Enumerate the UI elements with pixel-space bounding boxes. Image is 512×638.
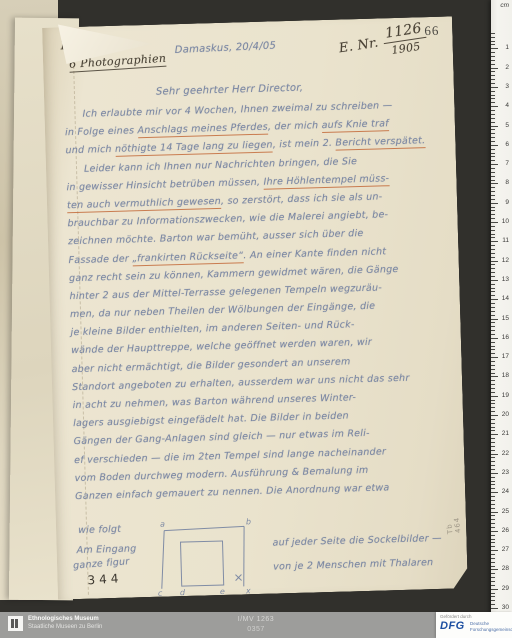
ruler-tick (491, 365, 495, 366)
ruler-number: 20 (502, 412, 509, 419)
ruler-tick (491, 380, 495, 381)
ruler-tick (491, 608, 498, 609)
ruler-tick (491, 164, 498, 165)
sketch-left-label-2: ganze figur (73, 556, 130, 571)
dfg-name: Deutsche Forschungsgemeinschaft (470, 621, 512, 633)
ruler-tick (491, 434, 498, 435)
ruler-tick (491, 87, 498, 88)
ruler-tick (491, 261, 498, 262)
ruler-tick (491, 183, 498, 184)
ruler-number: 7 (505, 161, 509, 168)
ruler-tick (491, 241, 498, 242)
ruler-tick (491, 427, 495, 428)
ruler-number: 1 (505, 45, 509, 52)
ruler-tick (491, 457, 495, 458)
ruler-tick (491, 226, 495, 227)
ruler-tick (491, 531, 498, 532)
ruler-tick (491, 41, 495, 42)
museum-logo-icon (8, 616, 23, 631)
ruler-tick (491, 550, 498, 551)
ruler-number: 17 (502, 354, 509, 361)
ruler-tick (491, 160, 495, 161)
ruler-tick (491, 214, 495, 215)
ruler-tick (491, 207, 495, 208)
ruler-tick (491, 102, 495, 103)
ruler-number: 27 (502, 547, 509, 554)
ruler-tick (491, 319, 498, 320)
ruler-tick (491, 357, 498, 358)
ruler-tick (491, 535, 495, 536)
gateway-sketch: a b c d e x (152, 516, 272, 597)
ruler-tick (491, 508, 495, 509)
sketch-letter-b: b (246, 517, 251, 526)
ruler-tick (491, 392, 495, 393)
entry-number: E. Nr.11261905 (337, 20, 429, 65)
ruler-tick (491, 149, 495, 150)
ruler-tick (491, 156, 495, 157)
dateline: Damaskus, 20/4/05 (175, 40, 277, 56)
ruler-tick (491, 388, 495, 389)
ruler-tick (491, 589, 498, 590)
ruler-tick (491, 353, 495, 354)
ruler-tick (491, 264, 495, 265)
ruler-number: 28 (502, 566, 509, 573)
ruler-number: 16 (502, 335, 509, 342)
closing-line: wie folgt (78, 524, 121, 536)
ruler-number: 24 (502, 489, 509, 496)
page-number: 66 (424, 23, 439, 39)
ruler-tick (491, 257, 495, 258)
ruler-tick (491, 71, 495, 72)
ruler-tick (491, 284, 495, 285)
sketch-right-label-2: von je 2 Menschen mit Thalaren (273, 557, 433, 572)
ruler-tick (491, 222, 498, 223)
ruler-tick (491, 361, 495, 362)
ruler-number: 15 (502, 316, 509, 323)
ruler-tick (491, 83, 495, 84)
ruler-tick (491, 346, 495, 347)
ruler-tick (491, 249, 495, 250)
ruler-tick (491, 60, 495, 61)
ruler-tick (491, 187, 495, 188)
footer-bar: Ethnologisches Museum Staatliche Museen … (0, 612, 512, 638)
ruler-tick (491, 291, 495, 292)
entry-number-label: E. Nr. (338, 36, 380, 57)
ruler-tick (491, 210, 495, 211)
ruler-tick (491, 68, 498, 69)
ruler-tick (491, 295, 495, 296)
ruler-tick (491, 230, 495, 231)
ruler-tick (491, 581, 495, 582)
ruler-tick (491, 604, 495, 605)
ruler-tick (491, 276, 495, 277)
shelfmark: I/MV 1263 0357 (156, 615, 356, 635)
ruler-tick (491, 593, 495, 594)
ruler-number: 19 (502, 393, 509, 400)
ruler-tick (491, 44, 495, 45)
ruler-tick (491, 106, 498, 107)
ruler-tick (491, 376, 498, 377)
ruler-tick (491, 322, 495, 323)
ruler-number: 13 (502, 277, 509, 284)
ruler-number: 10 (502, 219, 509, 226)
dfg-funding-chip: Gefördert durch DFG Deutsche Forschungsg… (436, 612, 512, 638)
ruler-tick (491, 98, 495, 99)
ruler-tick (491, 288, 495, 289)
sketch-letter-d: d (180, 588, 186, 597)
ruler-tick (491, 407, 495, 408)
ruler-tick (491, 253, 495, 254)
ruler-tick (491, 75, 495, 76)
ruler-tick (491, 461, 495, 462)
ruler-tick (491, 423, 495, 424)
ruler-tick (491, 500, 495, 501)
ruler-unit-label: cm (500, 2, 509, 9)
sketch-right-label-1: auf jeder Seite die Sockelbilder — (272, 533, 442, 549)
ruler-tick (491, 338, 498, 339)
ruler-number: 14 (502, 296, 509, 303)
ruler-tick (491, 349, 495, 350)
ruler-tick (491, 473, 498, 474)
ruler-tick (491, 330, 495, 331)
ruler-tick (491, 153, 495, 154)
ruler-number: 18 (502, 373, 509, 380)
ruler-tick (491, 542, 495, 543)
ruler-tick (491, 234, 495, 235)
ruler-number: 2 (505, 65, 509, 72)
ruler-tick (491, 515, 495, 516)
ruler-number: 3 (505, 84, 509, 91)
ruler-tick (491, 577, 495, 578)
shelfmark-collection: I/MV 1263 (156, 615, 356, 625)
ruler-tick (491, 492, 498, 493)
ruler-tick (491, 133, 495, 134)
ruler-tick (491, 172, 495, 173)
ruler-number: 25 (502, 509, 509, 516)
ruler-tick (491, 573, 495, 574)
ruler-tick (491, 512, 498, 513)
ruler-tick (491, 37, 495, 38)
ruler-tick (491, 539, 495, 540)
scan-viewer: Pr 14/4.05 6 Photographien Damaskus, 20/… (0, 0, 512, 638)
dfg-name-line2: Forschungsgemeinschaft (470, 627, 512, 633)
ruler-tick (491, 326, 495, 327)
ruler-tick (491, 442, 495, 443)
manuscript-page: Pr 14/4.05 6 Photographien Damaskus, 20/… (42, 16, 468, 599)
ruler-tick (491, 315, 495, 316)
ruler-number: 8 (505, 180, 509, 187)
ruler-tick (491, 454, 498, 455)
ruler-number: 4 (505, 103, 509, 110)
ruler-tick (491, 129, 495, 130)
ruler: cm 1234567891011121314151617181920212223… (491, 0, 512, 614)
ruler-tick (491, 334, 495, 335)
ruler-tick (491, 110, 495, 111)
ruler-tick (491, 400, 495, 401)
ruler-tick (491, 180, 495, 181)
ruler-tick (491, 519, 495, 520)
sketch-letter-c: c (158, 589, 163, 597)
ruler-tick (491, 218, 495, 219)
ruler-tick (491, 450, 495, 451)
ruler-tick (491, 569, 498, 570)
ruler-tick (491, 311, 495, 312)
ruler-tick (491, 280, 498, 281)
funding-note: Gefördert durch (440, 614, 472, 619)
ruler-tick (491, 554, 495, 555)
ruler-tick (491, 64, 495, 65)
sketch-letter-e: e (220, 587, 225, 596)
ruler-tick (491, 438, 495, 439)
ruler-tick (491, 546, 495, 547)
ruler-tick (491, 137, 495, 138)
ruler-number: 12 (502, 258, 509, 265)
folio-number: 344 (87, 571, 123, 587)
ruler-tick (491, 384, 495, 385)
ruler-tick (491, 199, 495, 200)
ruler-number: 11 (502, 238, 509, 245)
ruler-tick (491, 245, 495, 246)
ruler-tick (491, 56, 495, 57)
ruler-number: 6 (505, 142, 509, 149)
ruler-tick (491, 191, 495, 192)
ruler-number: 29 (502, 586, 509, 593)
ruler-tick (491, 504, 495, 505)
ruler-tick (491, 403, 495, 404)
ruler-tick (491, 369, 495, 370)
ruler-tick (491, 469, 495, 470)
ruler-tick (491, 481, 495, 482)
ruler-tick (491, 122, 495, 123)
ruler-tick (491, 411, 495, 412)
ruler-tick (491, 48, 498, 49)
ruler-tick (491, 114, 495, 115)
ruler-tick (491, 303, 495, 304)
ruler-tick (491, 527, 495, 528)
ruler-tick (491, 141, 495, 142)
ruler-number: 23 (502, 470, 509, 477)
ruler-number: 22 (502, 451, 509, 458)
ruler-tick (491, 168, 495, 169)
salutation: Sehr geehrter Herr Director, (156, 83, 304, 98)
ruler-tick (491, 95, 495, 96)
shelfmark-image-number: 0357 (156, 625, 356, 635)
ruler-tick (491, 477, 495, 478)
ruler-tick (491, 203, 498, 204)
ruler-tick (491, 566, 495, 567)
ruler-tick (491, 176, 495, 177)
sketch-letter-a: a (160, 520, 165, 529)
ruler-tick (491, 446, 495, 447)
ruler-tick (491, 237, 495, 238)
ruler-tick (491, 562, 495, 563)
ruler-number: 21 (502, 431, 509, 438)
ruler-tick (491, 430, 495, 431)
institution-parent: Staatliche Museen zu Berlin (28, 624, 102, 632)
letter-body: Ich erlaubte mir vor 4 Wochen, Ihnen zwe… (64, 99, 453, 510)
ruler-tick (491, 585, 495, 586)
ruler-number: 5 (505, 123, 509, 130)
ruler-tick (491, 118, 495, 119)
ruler-tick (491, 272, 495, 273)
ruler-tick (491, 496, 495, 497)
dfg-logo: DFG (440, 620, 465, 632)
ruler-tick (491, 342, 495, 343)
ruler-tick (491, 396, 498, 397)
ruler-tick (491, 600, 495, 601)
ruler-tick (491, 145, 498, 146)
ruler-tick (491, 268, 495, 269)
ruler-tick (491, 52, 495, 53)
ruler-tick (491, 558, 495, 559)
ruler-number: 30 (502, 605, 509, 612)
ruler-tick (491, 484, 495, 485)
ruler-tick (491, 373, 495, 374)
ruler-tick (491, 195, 495, 196)
sketch-left-label-1: Am Eingang (77, 543, 137, 556)
ruler-tick (491, 126, 498, 127)
ruler-number: 9 (505, 200, 509, 207)
ruler-tick (491, 596, 495, 597)
institution-name: Ethnologisches Museum (28, 616, 102, 624)
sketch-letter-x: x (245, 586, 251, 595)
ruler-number: 26 (502, 528, 509, 535)
museum-block: Ethnologisches Museum Staatliche Museen … (8, 616, 102, 631)
ruler-tick (491, 419, 495, 420)
ruler-tick (491, 415, 498, 416)
ruler-tick (491, 465, 495, 466)
ruler-tick (491, 79, 495, 80)
ruler-tick (491, 299, 498, 300)
ruler-tick (491, 91, 495, 92)
ruler-tick (491, 523, 495, 524)
ruler-tick (491, 307, 495, 308)
ruler-tick (491, 488, 495, 489)
ruler-tick (491, 33, 495, 34)
side-note-vertical: Tb 464 (444, 507, 463, 535)
